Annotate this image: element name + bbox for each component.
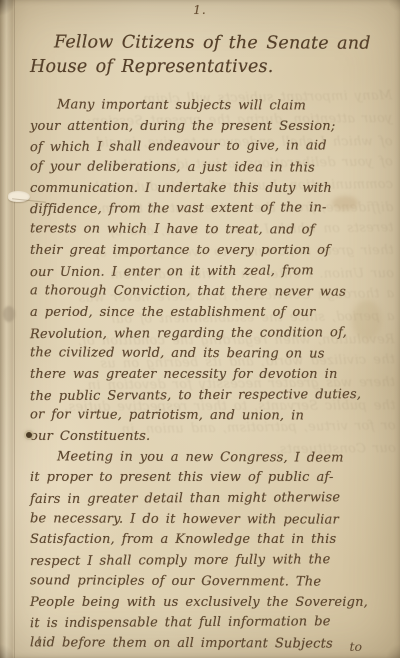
paragraph-1: Many important subjects will claimyour a… xyxy=(30,96,382,448)
edge-smudge xyxy=(3,306,15,322)
text-line: be necessary. I do it however with pecul… xyxy=(30,509,382,531)
text-line: communication. I undertake this duty wit… xyxy=(30,179,382,200)
page-number: 1. xyxy=(0,3,400,17)
text-line: Many important subjects will claim xyxy=(30,95,382,117)
text-line: fairs in greater detail than might other… xyxy=(30,488,382,511)
manuscript-photo: Many important subjects will claimyour a… xyxy=(0,0,400,658)
text-line: our Union. I enter on it with zeal, from xyxy=(30,260,382,283)
text-line: People being with us exclusively the Sov… xyxy=(30,593,382,614)
text-line: Meeting in you a new Congress, I deem xyxy=(30,447,382,469)
paragraph-2: Meeting in you a new Congress, I deemit … xyxy=(30,448,382,655)
foxing-stain xyxy=(332,196,358,210)
text-line: sound principles of our Government. The xyxy=(30,571,382,593)
text-line: your attention, during the present Sessi… xyxy=(30,117,382,138)
text-line: the public Servants, to their respective… xyxy=(30,385,382,408)
paper-hole xyxy=(26,432,32,438)
text-line: their great importance to every portion … xyxy=(30,241,382,262)
text-line: respect I shall comply more fully with t… xyxy=(30,550,382,573)
catchword: to xyxy=(349,639,362,654)
page-binding-edge xyxy=(0,0,15,658)
text-line: of which I shall endeavour to give, in a… xyxy=(30,136,382,159)
text-line: a thorough Conviction, that there never … xyxy=(30,281,382,303)
text-line: a period, since the establishment of our xyxy=(30,303,382,324)
text-line: it is indispensable that full informatio… xyxy=(30,612,382,635)
text-line: Satisfaction, from a Knowledge that in t… xyxy=(30,530,382,551)
text-line: our Constituents. xyxy=(30,427,382,448)
foxing-stain xyxy=(352,300,382,340)
text-line: there was greater necessity for devotion… xyxy=(30,365,382,386)
salutation-line: Fellow Citizens of the Senate and xyxy=(30,31,384,56)
text-line: terests on which I have to treat, and of xyxy=(30,219,382,241)
letter-body: Many important subjects will claimyour a… xyxy=(30,96,382,655)
salutation: Fellow Citizens of the Senate andHouse o… xyxy=(30,32,384,79)
text-line: of your deliberations, a just idea in th… xyxy=(30,157,382,179)
manuscript-page: Many important subjects will claimyour a… xyxy=(0,0,400,658)
salutation-line: House of Representatives. xyxy=(30,56,384,80)
text-line: diffidence, from the vast extent of the … xyxy=(30,198,382,221)
text-line: or for virtue, patriotism, and union, in xyxy=(30,406,382,428)
text-line: laid before them on all important Subjec… xyxy=(30,633,382,655)
text-line: it proper to present this view of public… xyxy=(30,468,382,489)
text-line: Revolution, when regarding the condition… xyxy=(30,322,382,345)
text-line: the civilized world, and its bearing on … xyxy=(30,343,382,365)
